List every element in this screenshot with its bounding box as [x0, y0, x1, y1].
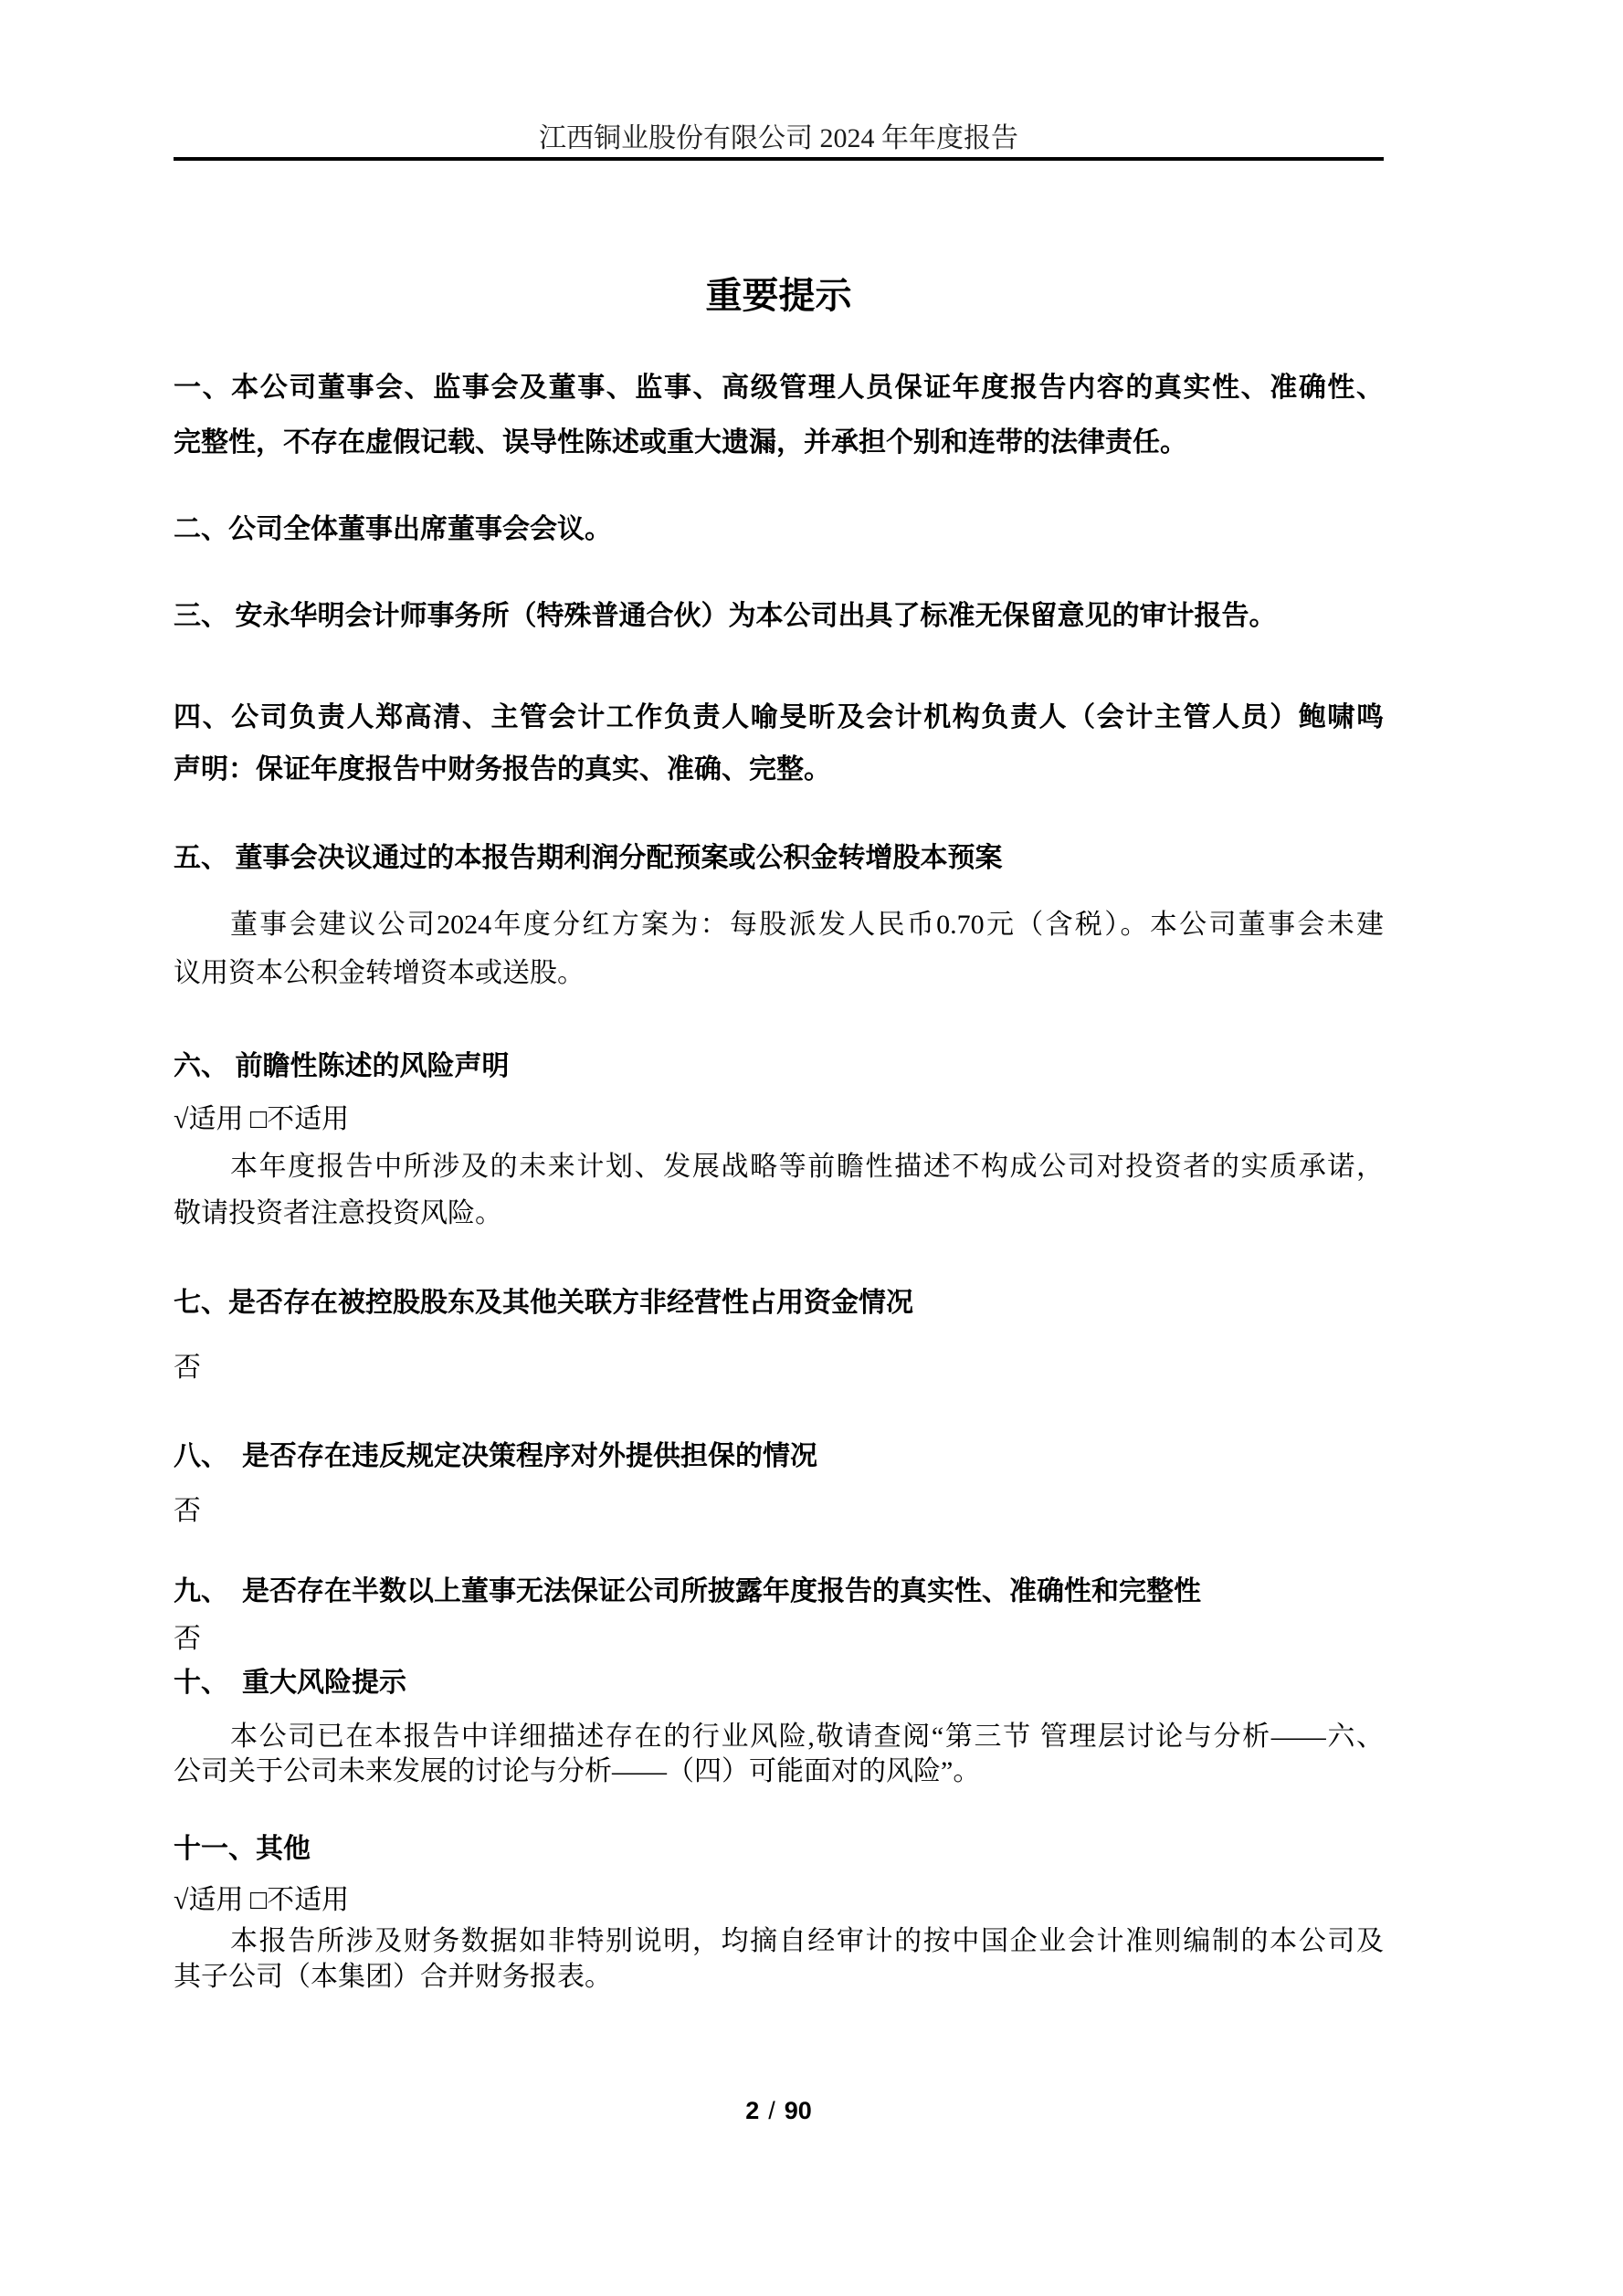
header-rule	[174, 157, 1384, 161]
section-10-heading: 十、 重大风险提示	[174, 1663, 1384, 1703]
section-2-statement: 二、公司全体董事出席董事会会议。	[174, 510, 1384, 550]
section-9-answer: 否	[174, 1621, 1384, 1658]
section-6-body-line-2: 敬请投资者注意投资风险。	[174, 1190, 1384, 1237]
page-number-total: 90	[785, 2097, 812, 2124]
section-3-statement: 三、 安永华明会计师事务所（特殊普通合伙）为本公司出具了标准无保留意见的审计报告…	[174, 596, 1384, 637]
page-number-separator: /	[768, 2097, 775, 2124]
section-10-body-line-1: 本公司已在本报告中详细描述存在的行业风险,敬请查阅“第三节 管理层讨论与分析——…	[174, 1720, 1384, 1754]
section-11-body: 本报告所涉及财务数据如非特别说明，均摘自经审计的按中国企业会计准则编制的本公司及…	[174, 1923, 1384, 1995]
section-11-body-line-1: 本报告所涉及财务数据如非特别说明，均摘自经审计的按中国企业会计准则编制的本公司及	[174, 1923, 1384, 1959]
section-11-body-line-2: 其子公司（本集团）合并财务报表。	[174, 1959, 1384, 1995]
section-10-body: 本公司已在本报告中详细描述存在的行业风险,敬请查阅“第三节 管理层讨论与分析——…	[174, 1720, 1384, 1789]
section-5-body-line-2: 议用资本公积金转增资本或送股。	[174, 949, 1384, 997]
section-6-heading: 六、 前瞻性陈述的风险声明	[174, 1047, 1384, 1087]
section-5-body: 董事会建议公司2024年度分红方案为：每股派发人民币0.70元（含税）。本公司董…	[174, 900, 1384, 997]
section-7-heading: 七、是否存在被控股股东及其他关联方非经营性占用资金情况	[174, 1283, 1384, 1323]
section-4-line-2: 声明：保证年度报告中财务报告的真实、准确、完整。	[174, 743, 1384, 795]
section-11-applicability: √适用 □不适用	[174, 1882, 1384, 1919]
section-1-line-2: 完整性，不存在虚假记载、误导性陈述或重大遗漏，并承担个别和连带的法律责任。	[174, 416, 1384, 470]
section-6-applicability: √适用 □不适用	[174, 1101, 1384, 1138]
page-number-current: 2	[745, 2097, 759, 2124]
section-8-answer: 否	[174, 1493, 1384, 1530]
section-8-heading: 八、 是否存在违反规定决策程序对外提供担保的情况	[174, 1437, 1384, 1477]
section-4-line-1: 四、公司负责人郑高清、主管会计工作负责人喻旻昕及会计机构负责人（会计主管人员）鲍…	[174, 691, 1384, 743]
section-5-heading: 五、 董事会决议通过的本报告期利润分配预案或公积金转增股本预案	[174, 838, 1384, 879]
section-1-statement: 一、本公司董事会、监事会及董事、监事、高级管理人员保证年度报告内容的真实性、准确…	[174, 361, 1384, 470]
section-1-line-1: 一、本公司董事会、监事会及董事、监事、高级管理人员保证年度报告内容的真实性、准确…	[174, 361, 1384, 416]
section-11-heading: 十一、其他	[174, 1829, 1384, 1869]
section-9-heading: 九、 是否存在半数以上董事无法保证公司所披露年度报告的真实性、准确性和完整性	[174, 1572, 1384, 1612]
section-6-body-line-1: 本年度报告中所涉及的未来计划、发展战略等前瞻性描述不构成公司对投资者的实质承诺，	[174, 1143, 1384, 1190]
page-footer: 2/90	[174, 2097, 1384, 2124]
report-header: 江西铜业股份有限公司 2024 年年度报告	[174, 123, 1384, 154]
section-7-answer: 否	[174, 1350, 1384, 1386]
section-5-body-line-1: 董事会建议公司2024年度分红方案为：每股派发人民币0.70元（含税）。本公司董…	[174, 900, 1384, 949]
section-4-statement: 四、公司负责人郑高清、主管会计工作负责人喻旻昕及会计机构负责人（会计主管人员）鲍…	[174, 691, 1384, 795]
document-page: 江西铜业股份有限公司 2024 年年度报告 重要提示 一、本公司董事会、监事会及…	[0, 0, 1623, 2296]
section-10-body-line-2: 公司关于公司未来发展的讨论与分析——（四）可能面对的风险”。	[174, 1754, 1384, 1789]
page-title: 重要提示	[174, 276, 1384, 316]
section-6-body: 本年度报告中所涉及的未来计划、发展战略等前瞻性描述不构成公司对投资者的实质承诺，…	[174, 1143, 1384, 1237]
